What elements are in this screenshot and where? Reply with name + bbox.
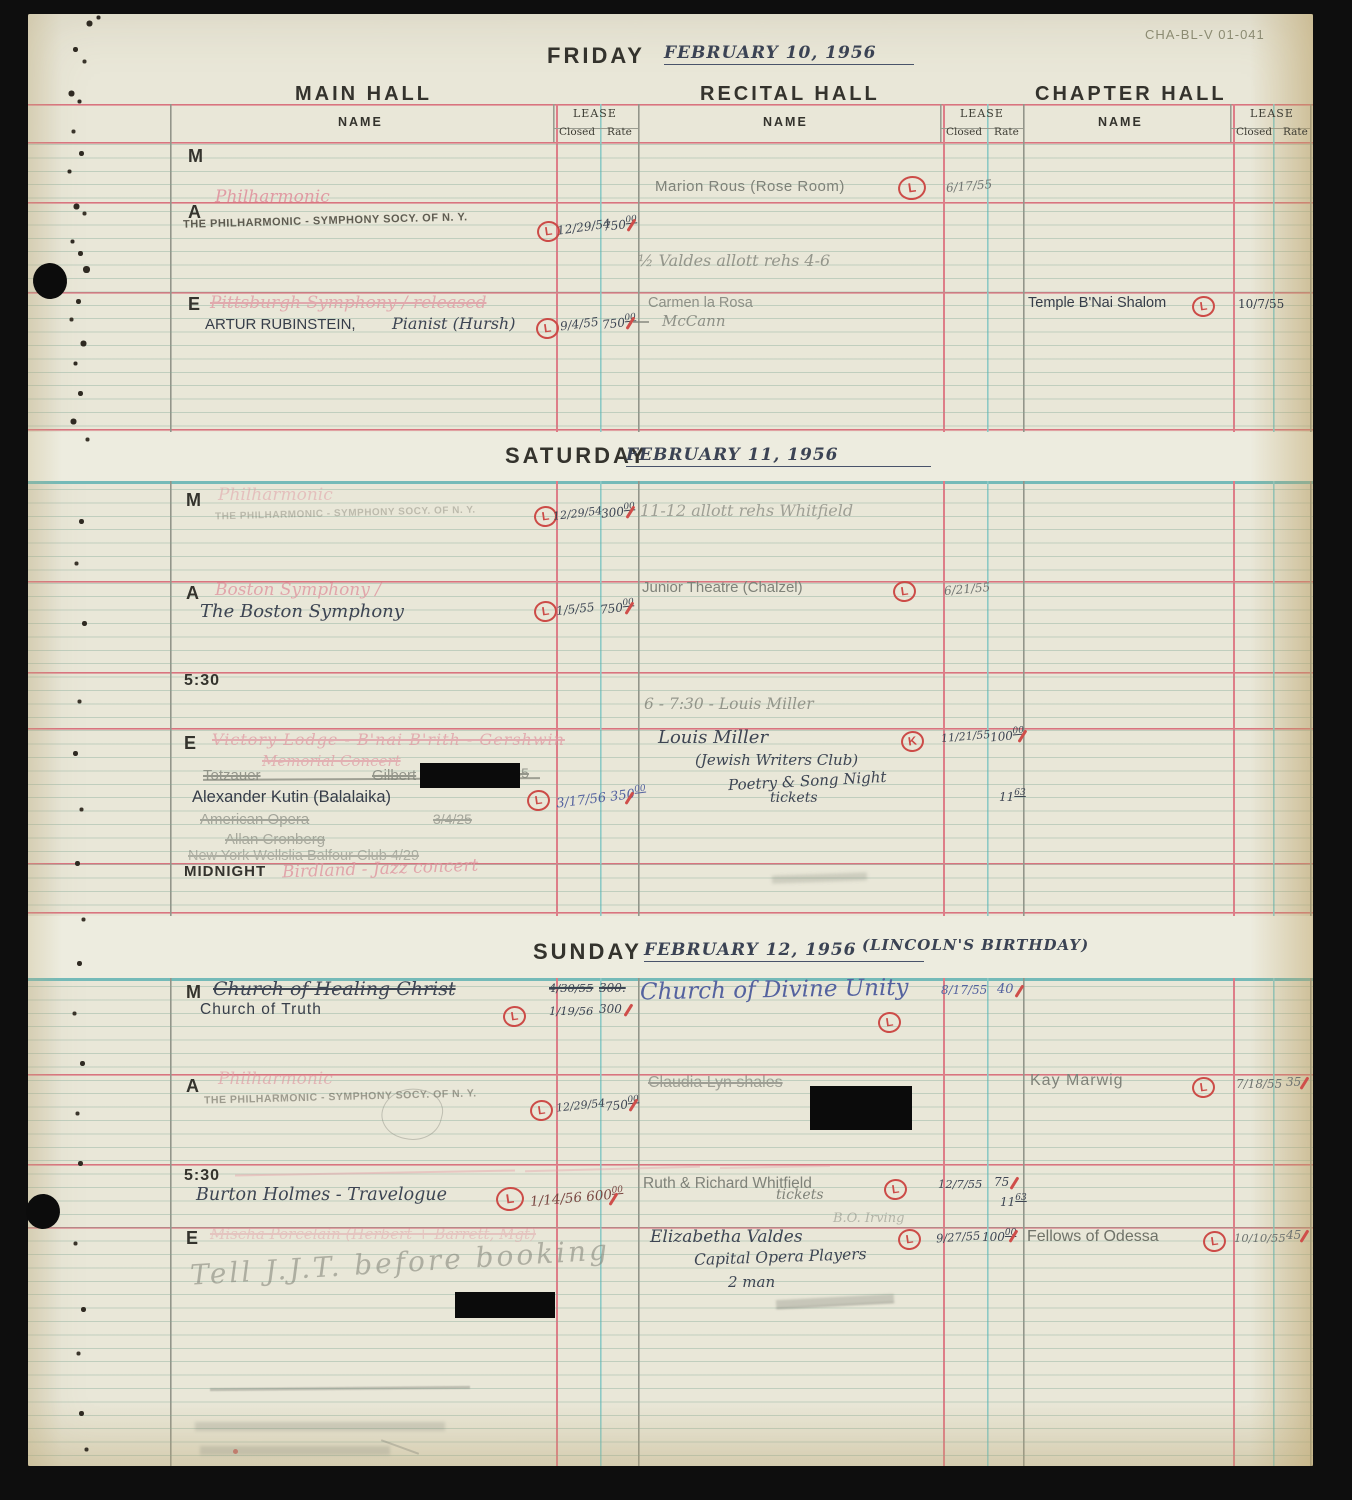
friday-main-e-name: ARTUR RUBINSTEIN, — [205, 317, 356, 333]
friday-recital-e-name1: Carmen la Rosa — [648, 296, 753, 312]
rate-value: 750 — [602, 217, 626, 233]
sunday-row-a: A — [186, 1077, 200, 1096]
sunday-main-m-struck-rate: 300. — [599, 982, 626, 995]
sunday-main-m-struck-closed: 4/30/55 — [549, 982, 593, 994]
saturday-main-a-script: Boston Symphony / — [215, 581, 381, 599]
rate-superscript: 00 — [634, 784, 647, 795]
red-dot — [233, 1449, 238, 1454]
rate-value: 750 — [604, 1097, 628, 1113]
recital-hall-title: RECITAL HALL — [700, 84, 880, 106]
chapter-hall-title: CHAPTER HALL — [1035, 84, 1227, 106]
sunday-main-a-script: Philharmonic — [218, 1070, 333, 1088]
sunday-label: SUNDAY — [533, 940, 642, 964]
sunday-main-m-closed: 1/19/56 — [549, 1005, 593, 1017]
saturday-main-m-script: Philharmonic — [218, 486, 333, 504]
main-closed-header: Closed — [559, 127, 595, 138]
sunday-main-m-name: Church of Truth — [200, 1002, 322, 1019]
sunday-recital-e-line3: 2 man — [728, 1274, 775, 1290]
saturday-main-e-struck4: American Opera — [200, 812, 309, 828]
sunday-row-m: M — [186, 983, 202, 1002]
chapter-closed-header: Closed — [1236, 127, 1272, 138]
sunday-chapter-e-closed: 10/10/55 — [1234, 1232, 1286, 1244]
sunday-chapter-a-closed: 7/18/55 — [1236, 1078, 1282, 1091]
chapter-name-header: NAME — [1098, 116, 1143, 130]
sunday-recital-530-closed: 12/7/55 — [938, 1178, 982, 1190]
friday-date: FEBRUARY 10, 1956 — [664, 44, 914, 65]
saturday-recital-e-line2: (Jewish Writers Club) — [695, 752, 858, 768]
sunday-recital-530-extra: 1163 — [1000, 1194, 1027, 1209]
saturday-main-e-struck3a: Totzauer — [203, 768, 261, 784]
sunday-recital-530-line2: tickets — [776, 1188, 824, 1203]
sunday-recital-530-rate: 75 — [994, 1176, 1009, 1189]
rate-value: 100 — [990, 729, 1014, 745]
redaction-box — [810, 1086, 912, 1130]
saturday-main-e-struck5: Allan Cronberg — [225, 832, 325, 848]
chapter-rate-header: Rate — [1283, 127, 1308, 138]
rate-value: 300 — [600, 504, 624, 520]
saturday-recital-a-name: Junior Theatre (Chalzel) — [642, 580, 803, 596]
sunday-recital-e-closed: 9/27/55 — [936, 1229, 981, 1244]
sunday-main-530-name: Burton Holmes - Travelogue — [196, 1186, 447, 1205]
main-name-header: NAME — [338, 116, 383, 130]
faded-scribble — [200, 1446, 390, 1455]
saturday-main-e-name: Alexander Kutin (Balalaika) — [192, 789, 391, 807]
amount-value: 11 — [1000, 1195, 1015, 1209]
saturday-date: FEBRUARY 11, 1956 — [626, 446, 931, 467]
sunday-chapter-a-name: Kay Marwig — [1030, 1072, 1124, 1089]
recital-lease-header: LEASE — [960, 108, 1004, 120]
sunday-recital-530-faint: B.O. Irving — [833, 1212, 904, 1226]
sunday-recital-m-closed: 8/17/55 — [941, 984, 987, 997]
sunday-recital-m-name: Church of Divine Unity — [640, 976, 909, 1006]
friday-row-e: E — [188, 295, 201, 314]
ink-speckles — [0, 0, 3, 3]
saturday-row-e: E — [184, 734, 197, 753]
saturday-recital-m-note: 11-12 allott rehs Whitfield — [640, 502, 853, 519]
faded-scribble — [195, 1422, 445, 1431]
recital-name-header: NAME — [763, 116, 808, 130]
pencil-dash — [633, 321, 649, 323]
main-hall-title: MAIN HALL — [295, 84, 432, 106]
friday-main-e-struck: Pittsburgh Symphony / released — [210, 294, 486, 312]
friday-recital-m-name: Marion Rous (Rose Room) — [655, 179, 845, 195]
friday-chapter-e-closed: 10/7/55 — [1238, 298, 1284, 311]
redaction-box — [420, 763, 520, 788]
main-lease-header: LEASE — [573, 108, 617, 120]
saturday-recital-e-line4: tickets — [770, 791, 818, 806]
sunday-row-e: E — [186, 1229, 199, 1248]
sunday-main-m-struck: Church of Healing Christ — [213, 979, 456, 1000]
saturday-recital-e-extra: 1163 — [999, 789, 1026, 804]
saturday-main-a-name: The Boston Symphony — [200, 602, 404, 621]
friday-recital-e-name2: McCann — [662, 313, 726, 329]
rate-value: 750 — [599, 600, 623, 616]
saturday-recital-e-name: Louis Miller — [658, 728, 768, 747]
saturday-row-530: 5:30 — [184, 672, 220, 689]
rate-value: 750 — [601, 315, 625, 331]
rate-superscript: 63 — [1015, 1193, 1026, 1203]
saturday-row-midnight: MIDNIGHT — [184, 864, 266, 880]
rate-value: 100 — [982, 1230, 1005, 1244]
recital-rate-header: Rate — [994, 127, 1019, 138]
chapter-lease-header: LEASE — [1250, 108, 1294, 120]
friday-label: FRIDAY — [547, 44, 645, 68]
sunday-recital-m-rate: 40 — [997, 983, 1014, 997]
saturday-row-a: A — [186, 584, 200, 603]
sunday-main-m-rate: 300 — [599, 1003, 622, 1016]
saturday-recital-530-note: 6 - 7:30 - Louis Miller — [644, 696, 814, 713]
scanned-ledger-photo: CHA-BL-V 01-041 FRIDAY FEBRUARY 10, 1956… — [0, 0, 1352, 1500]
sunday-recital-a-struck: Claudia Lyn shales — [648, 1074, 783, 1091]
friday-main-e-name2: Pianist (Hursh) — [392, 315, 515, 332]
recital-closed-header: Closed — [946, 127, 982, 138]
sunday-recital-e-name: Elizabetha Valdes — [650, 1228, 803, 1246]
saturday-main-e-struck4-date: 3/4/25 — [433, 812, 472, 827]
redaction-box — [455, 1292, 555, 1318]
sunday-note: (LINCOLN'S BIRTHDAY) — [862, 937, 1089, 953]
friday-row-m: M — [188, 147, 204, 166]
rate-superscript: 63 — [1014, 788, 1025, 798]
amount-value: 11 — [999, 790, 1014, 804]
sunday-grid — [28, 978, 1313, 1466]
sunday-chapter-e-name: Fellows of Odessa — [1027, 1228, 1159, 1245]
friday-chapter-e-name: Temple B'Nai Shalom — [1028, 296, 1166, 312]
main-rate-header: Rate — [607, 127, 632, 138]
sunday-row-530: 5:30 — [184, 1167, 220, 1184]
archive-code: CHA-BL-V 01-041 — [1145, 28, 1265, 42]
saturday-main-e-struck3b: Gilbert — [372, 768, 416, 784]
saturday-main-e-struck1: Victory Lodge - B'nai B'rith - Gershwin — [212, 731, 565, 748]
friday-recital-note: ½ Valdes allott rehs 4-6 — [638, 252, 830, 269]
saturday-row-m: M — [186, 491, 202, 510]
friday-main-a-script: Philharmonic — [215, 188, 330, 206]
